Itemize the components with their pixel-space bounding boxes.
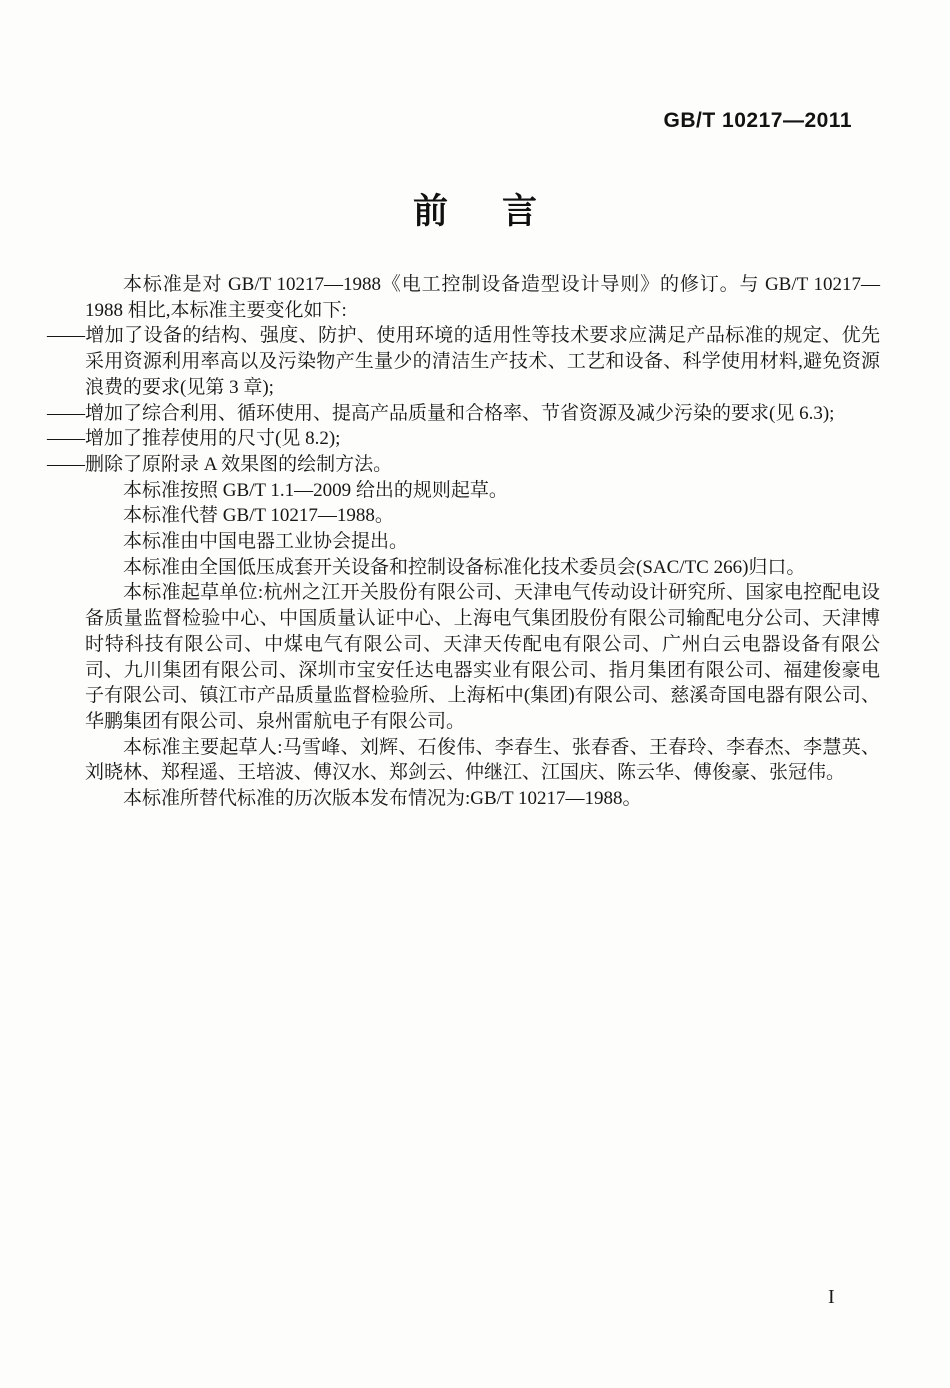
foreword-body: 本标准是对 GB/T 10217—1988《电工控制设备造型设计导则》的修订。与…: [85, 272, 880, 812]
standard-code: GB/T 10217—2011: [664, 109, 852, 133]
document-page: GB/T 10217—2011 前 言 本标准是对 GB/T 10217—198…: [0, 0, 950, 1388]
foreword-paragraph: 本标准由中国电器工业协会提出。: [85, 529, 880, 555]
change-item: ——删除了原附录 A 效果图的绘制方法。: [85, 452, 880, 478]
page-title-char-2: 言: [502, 193, 537, 232]
change-item: ——增加了设备的结构、强度、防护、使用环境的适用性等技术要求应满足产品标准的规定…: [85, 323, 880, 400]
change-item: ——增加了综合利用、循环使用、提高产品质量和合格率、节省资源及减少污染的要求(见…: [85, 401, 880, 427]
foreword-paragraph: 本标准按照 GB/T 1.1—2009 给出的规则起草。: [85, 478, 880, 504]
change-item: ——增加了推荐使用的尺寸(见 8.2);: [85, 426, 880, 452]
page-title-char-1: 前: [413, 193, 448, 232]
foreword-paragraph: 本标准主要起草人:马雪峰、刘辉、石俊伟、李春生、张春香、王春玲、李春杰、李慧英、…: [85, 735, 880, 786]
page-number: I: [828, 1286, 835, 1309]
intro-paragraph: 本标准是对 GB/T 10217—1988《电工控制设备造型设计导则》的修订。与…: [85, 272, 880, 323]
page-title: 前 言: [0, 193, 950, 232]
foreword-paragraph: 本标准起草单位:杭州之江开关股份有限公司、天津电气传动设计研究所、国家电控配电设…: [85, 580, 880, 734]
foreword-paragraph: 本标准由全国低压成套开关设备和控制设备标准化技术委员会(SAC/TC 266)归…: [85, 555, 880, 581]
foreword-paragraph: 本标准代替 GB/T 10217—1988。: [85, 503, 880, 529]
foreword-paragraph: 本标准所替代标准的历次版本发布情况为:GB/T 10217—1988。: [85, 786, 880, 812]
